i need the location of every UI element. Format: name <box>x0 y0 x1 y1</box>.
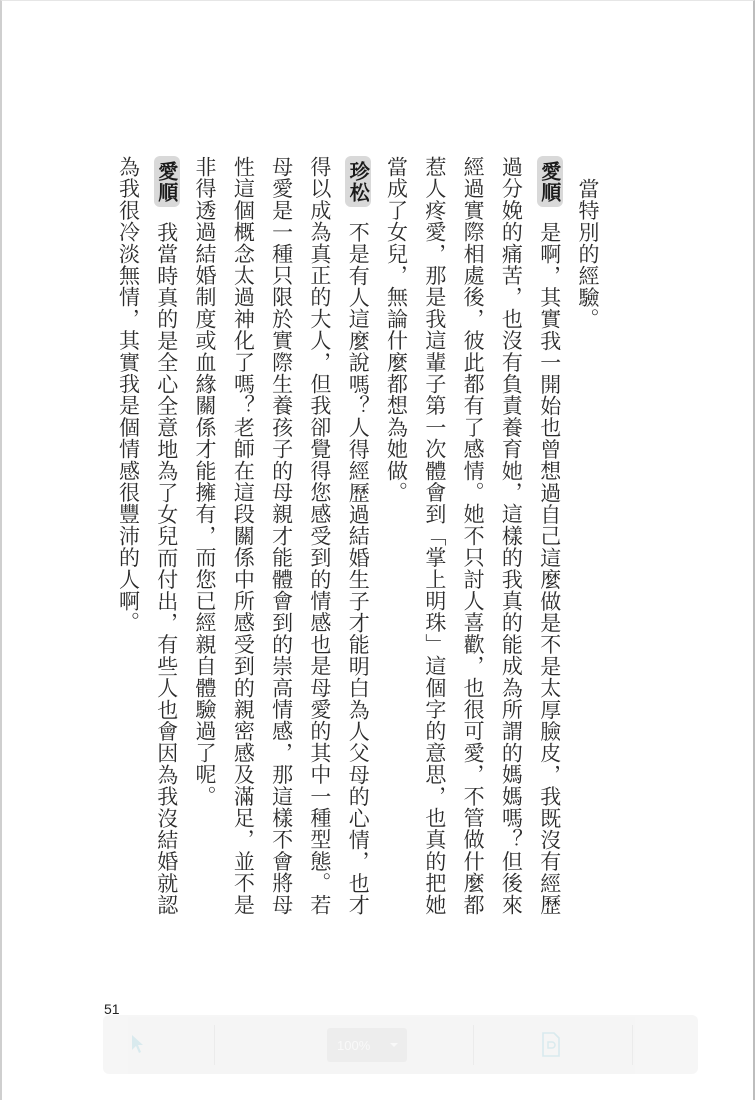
speaker-label: 珍松 <box>345 156 371 207</box>
paragraph-text: 當特別的經驗。 <box>576 178 600 330</box>
document-icon[interactable] <box>541 1032 561 1057</box>
chevron-down-icon <box>390 1043 398 1047</box>
dialogue-paragraph: 愛順我當時真的是全心全意地為了女兒而付出，有些人也會因為我沒結婚就認為我很冷淡無… <box>109 156 186 916</box>
cursor-icon[interactable] <box>130 1034 144 1054</box>
dialogue-paragraph: 愛順是啊，其實我一開始也曾想過自己這麼做是不是太厚臉皮，我既沒有經歷過分娩的痛苦… <box>377 156 568 916</box>
toolbar-divider <box>632 1025 633 1065</box>
paragraph-text: 不是有人這麼說嗎？人得經歷過結婚生子才能明白為人父母的心情，也才得以成為真正的大… <box>193 156 370 916</box>
paragraph-text: 是啊，其實我一開始也曾想過自己這麼做是不是太厚臉皮，我既沒有經歷過分娩的痛苦，也… <box>385 156 562 916</box>
speaker-label: 愛順 <box>154 156 180 207</box>
vertical-text-body: 當特別的經驗。 愛順是啊，其實我一開始也曾想過自己這麼做是不是太厚臉皮，我既沒有… <box>109 156 607 916</box>
paragraph-continuation: 當特別的經驗。 <box>569 156 607 916</box>
toolbar-divider <box>473 1025 474 1065</box>
dialogue-paragraph: 珍松不是有人這麼說嗎？人得經歷過結婚生子才能明白為人父母的心情，也才得以成為真正… <box>186 156 377 916</box>
speaker-label: 愛順 <box>537 156 563 207</box>
paragraph-text: 我當時真的是全心全意地為了女兒而付出，有些人也會因為我沒結婚就認為我很冷淡無情，… <box>116 156 178 916</box>
pdf-viewer-toolbar: 100% <box>103 1015 698 1074</box>
toolbar-divider <box>214 1025 215 1065</box>
zoom-level-select[interactable]: 100% <box>327 1028 407 1062</box>
zoom-level-value: 100% <box>337 1038 370 1053</box>
